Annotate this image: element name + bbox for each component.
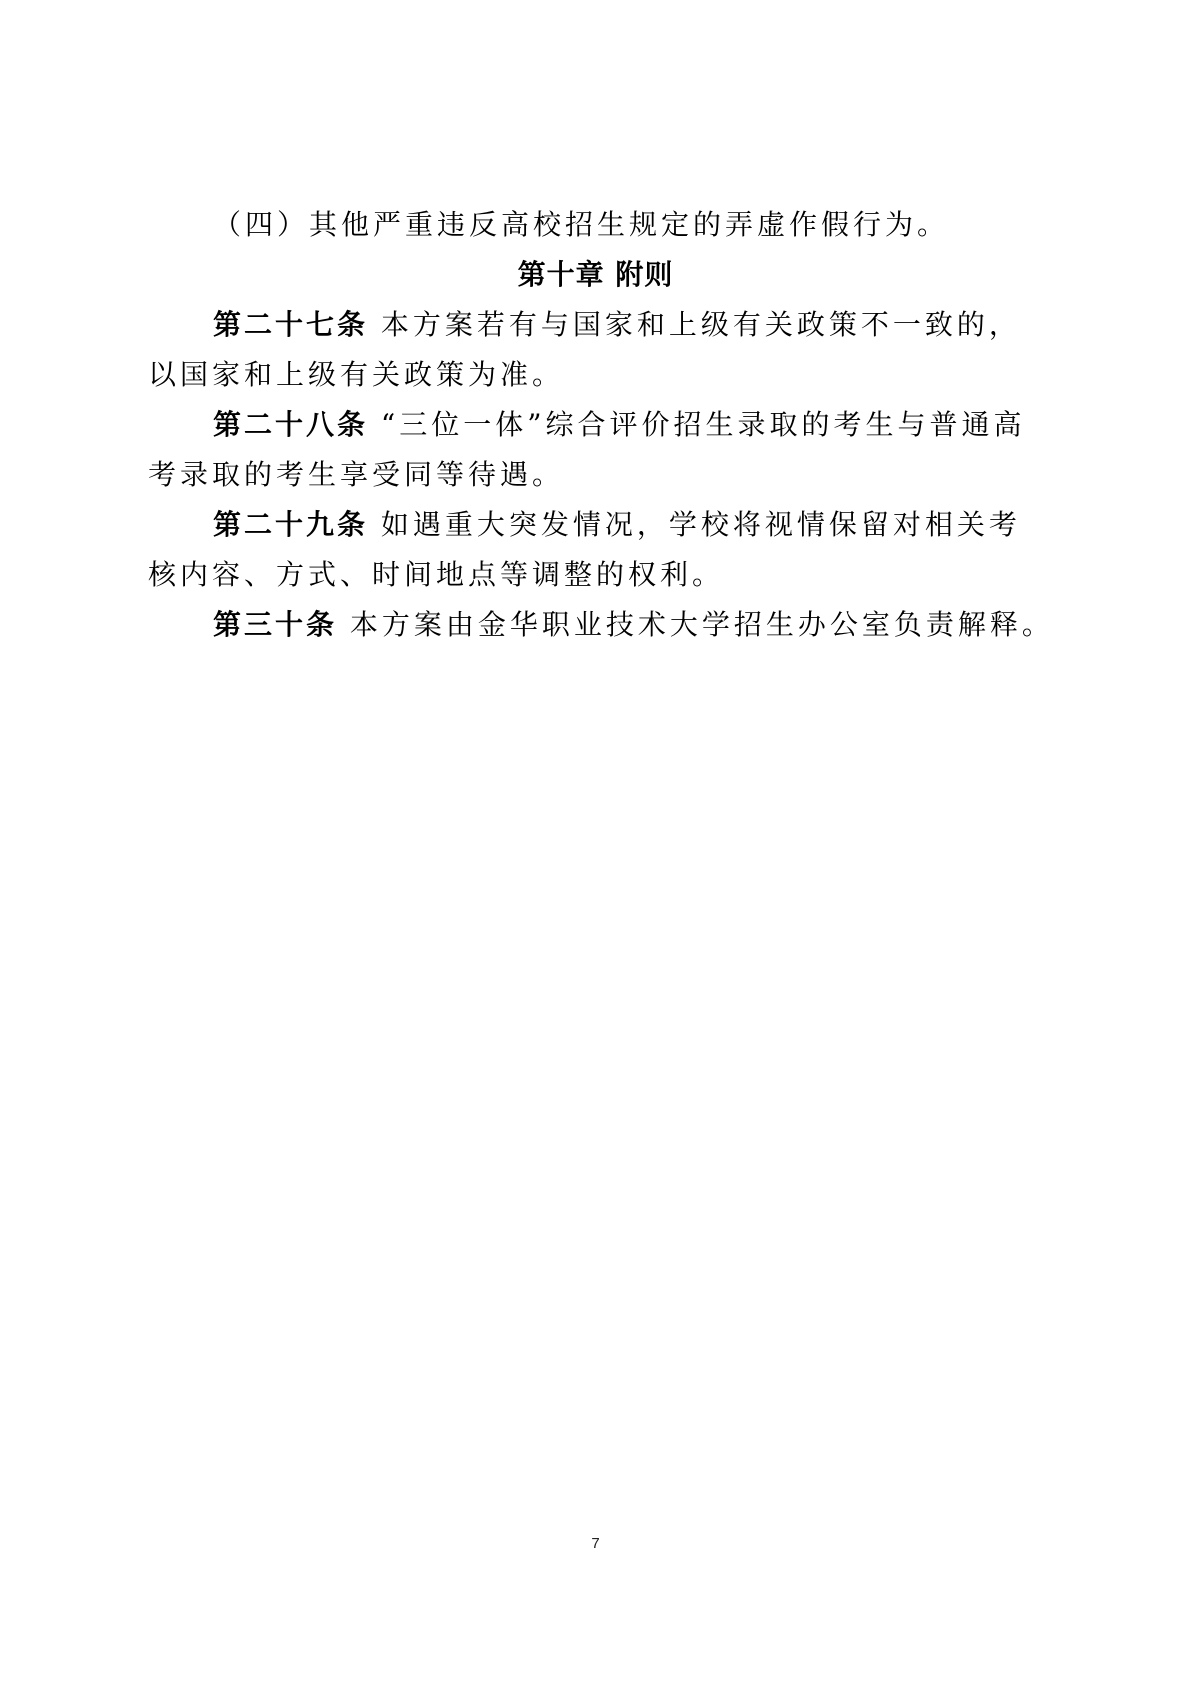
clause-item-4: （四）其他严重违反高校招生规定的弄虚作假行为。 bbox=[213, 207, 1093, 243]
article-29-line-2: 核内容、方式、时间地点等调整的权利。 bbox=[148, 557, 1028, 593]
article-29-text: 如遇重大突发情况，学校将视情保留对相关考 bbox=[381, 508, 1021, 541]
article-30-line-1: 第三十条 本方案由金华职业技术大学招生办公室负责解释。 bbox=[213, 607, 1093, 643]
article-27-label: 第二十七条 bbox=[213, 308, 368, 341]
article-27-line-2: 以国家和上级有关政策为准。 bbox=[148, 357, 1028, 393]
article-29-label: 第二十九条 bbox=[213, 508, 368, 541]
article-28-line-2: 考录取的考生享受同等待遇。 bbox=[148, 457, 1028, 493]
article-28-text: “三位一体”综合评价招生录取的考生与普通高 bbox=[381, 408, 1026, 441]
article-28-line-1: 第二十八条 “三位一体”综合评价招生录取的考生与普通高 bbox=[213, 407, 1093, 443]
chapter-heading: 第十章 附则 bbox=[0, 257, 1191, 293]
article-29-line-1: 第二十九条 如遇重大突发情况，学校将视情保留对相关考 bbox=[213, 507, 1093, 543]
document-page: （四）其他严重违反高校招生规定的弄虚作假行为。 第十章 附则 第二十七条 本方案… bbox=[0, 0, 1191, 1684]
article-27-text: 本方案若有与国家和上级有关政策不一致的， bbox=[381, 308, 1021, 341]
article-27-line-1: 第二十七条 本方案若有与国家和上级有关政策不一致的， bbox=[213, 307, 1093, 343]
article-30-label: 第三十条 bbox=[213, 608, 337, 641]
article-28-label: 第二十八条 bbox=[213, 408, 368, 441]
page-number: 7 bbox=[0, 1535, 1191, 1552]
article-30-text: 本方案由金华职业技术大学招生办公室负责解释。 bbox=[350, 608, 1054, 641]
